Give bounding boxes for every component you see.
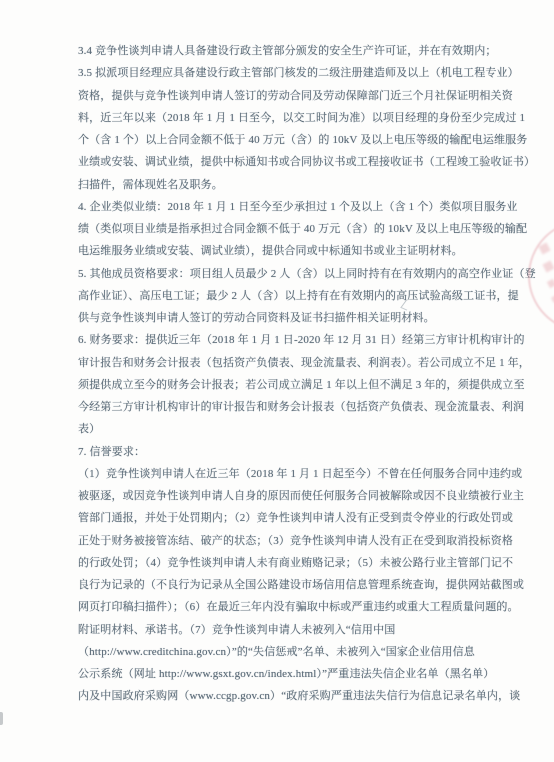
text-line: 资格，提供与竞争性谈判申请人签订的劳动合同及劳动保障部门近三个月社保证明相关资 (78, 85, 498, 107)
scan-speck-left-edge (0, 712, 3, 725)
text-line: 绩（类似项目业绩是指承担过合同金额不低于 40 万元（含）的 10kV 及以上电… (78, 218, 498, 240)
text-line: 附证明材料、承诺书。（7）竞争性谈判申请人未被列入“信用中国 (78, 619, 498, 641)
text-line: 公示系统（网址 http://www.gsxt.gov.cn/index.htm… (78, 663, 498, 685)
text-line: 电运维服务业绩或安装、调试业绩），提供合同或中标通知书或业主证明材料。 (78, 240, 498, 262)
text-line: 被驱逐，或因竞争性谈判申请人自身的原因而使任何服务合同被解除或因不良业绩被行业主 (78, 485, 498, 507)
text-line: 管部门通报，并处于处罚期内；（2）竞争性谈判申请人没有正受到责令停业的行政处罚或 (78, 507, 498, 529)
document-text-block: 3.4 竞争性谈判申请人具备建设行政主管部分颁发的安全生产许可证，并在有效期内；… (78, 40, 498, 708)
text-line: 表） (78, 418, 498, 440)
text-line: （1）竞争性谈判申请人在近三年（2018 年 1 月 1 日起至今）不曾在任何服… (78, 463, 498, 485)
text-line: （http://www.creditchina.gov.cn）”的“失信惩戒”名… (78, 641, 498, 663)
text-line: 3.5 拟派项目经理应具备建设行政主管部门核发的二级注册建造师及以上（机电工程专… (78, 62, 498, 84)
text-line: 内及中国政府采购网（www.ccgp.gov.cn）“政府采购严重违法失信行为信… (78, 685, 498, 707)
text-line: 的行政处罚；（4）竞争性谈判申请人未有商业贿赂记录；（5）未被公路行业主管部门记… (78, 552, 498, 574)
text-line: 审计报告和财务会计报表（包括资产负债表、现金流量表、利润表）。若公司成立不足 1… (78, 352, 498, 374)
text-line: 高作业证）、高压电工证；最少 2 人（含）以上持有在有效期内的高压试验高级工证书… (78, 285, 498, 307)
text-line: 4. 企业类似业绩：2018 年 1 月 1 日至今至少承担过 1 个及以上（含… (78, 196, 498, 218)
text-line: 正处于财务被接管冻结、破产的状态；（3）竞争性谈判申请人没有正在受到取消投标资格 (78, 530, 498, 552)
text-line: 3.4 竞争性谈判申请人具备建设行政主管部分颁发的安全生产许可证，并在有效期内； (78, 40, 498, 62)
text-line: 今经第三方审计机构审计的审计报告和财务会计报表（包括资产负债表、现金流量表、利润 (78, 396, 498, 418)
text-line: 5. 其他成员资格要求：项目组人员最少 2 人（含）以上同时持有在有效期内的高空… (78, 263, 498, 285)
seal-character-mark (547, 279, 554, 288)
text-line: 6. 财务要求：提供近三年（2018 年 1 月 1 日-2020 年 12 月… (78, 329, 498, 351)
text-line: 良行为记录的（不良行为记录从全国公路建设市场信用信息管理系统查询，提供网站截图或 (78, 574, 498, 596)
text-line: 个（含 1 个）以上合同金额不低于 40 万元（含）的 10kV 及以上电压等级… (78, 129, 498, 151)
scanned-document-page: 3.4 竞争性谈判申请人具备建设行政主管部分颁发的安全生产许可证，并在有效期内；… (0, 0, 554, 762)
text-line: 供与竞争性谈判申请人签订的劳动合同资料及证书扫描件相关证明材料。 (78, 307, 498, 329)
text-line: 7. 信誉要求： (78, 441, 498, 463)
seal-character-mark (542, 260, 554, 272)
text-line: 网页打印稿扫描件）；（6）在最近三年内没有骗取中标或严重违约或重大工程质量问题的… (78, 596, 498, 618)
text-line: 扫描件，需体现姓名及职务。 (78, 174, 498, 196)
text-line: 须提供成立至今的财务会计报表；若公司成立满足 1 年以上但不满足 3 年的，须提… (78, 374, 498, 396)
seal-character-mark (538, 242, 550, 254)
text-line: 业绩或安装、调试业绩，提供中标通知书或合同协议书或工程接收证书（工程竣工验收证书… (78, 151, 498, 173)
text-line: 料，近三年以来（2018 年 1 月 1 日至今，以交工时间为准）以项目经理的身… (78, 107, 498, 129)
